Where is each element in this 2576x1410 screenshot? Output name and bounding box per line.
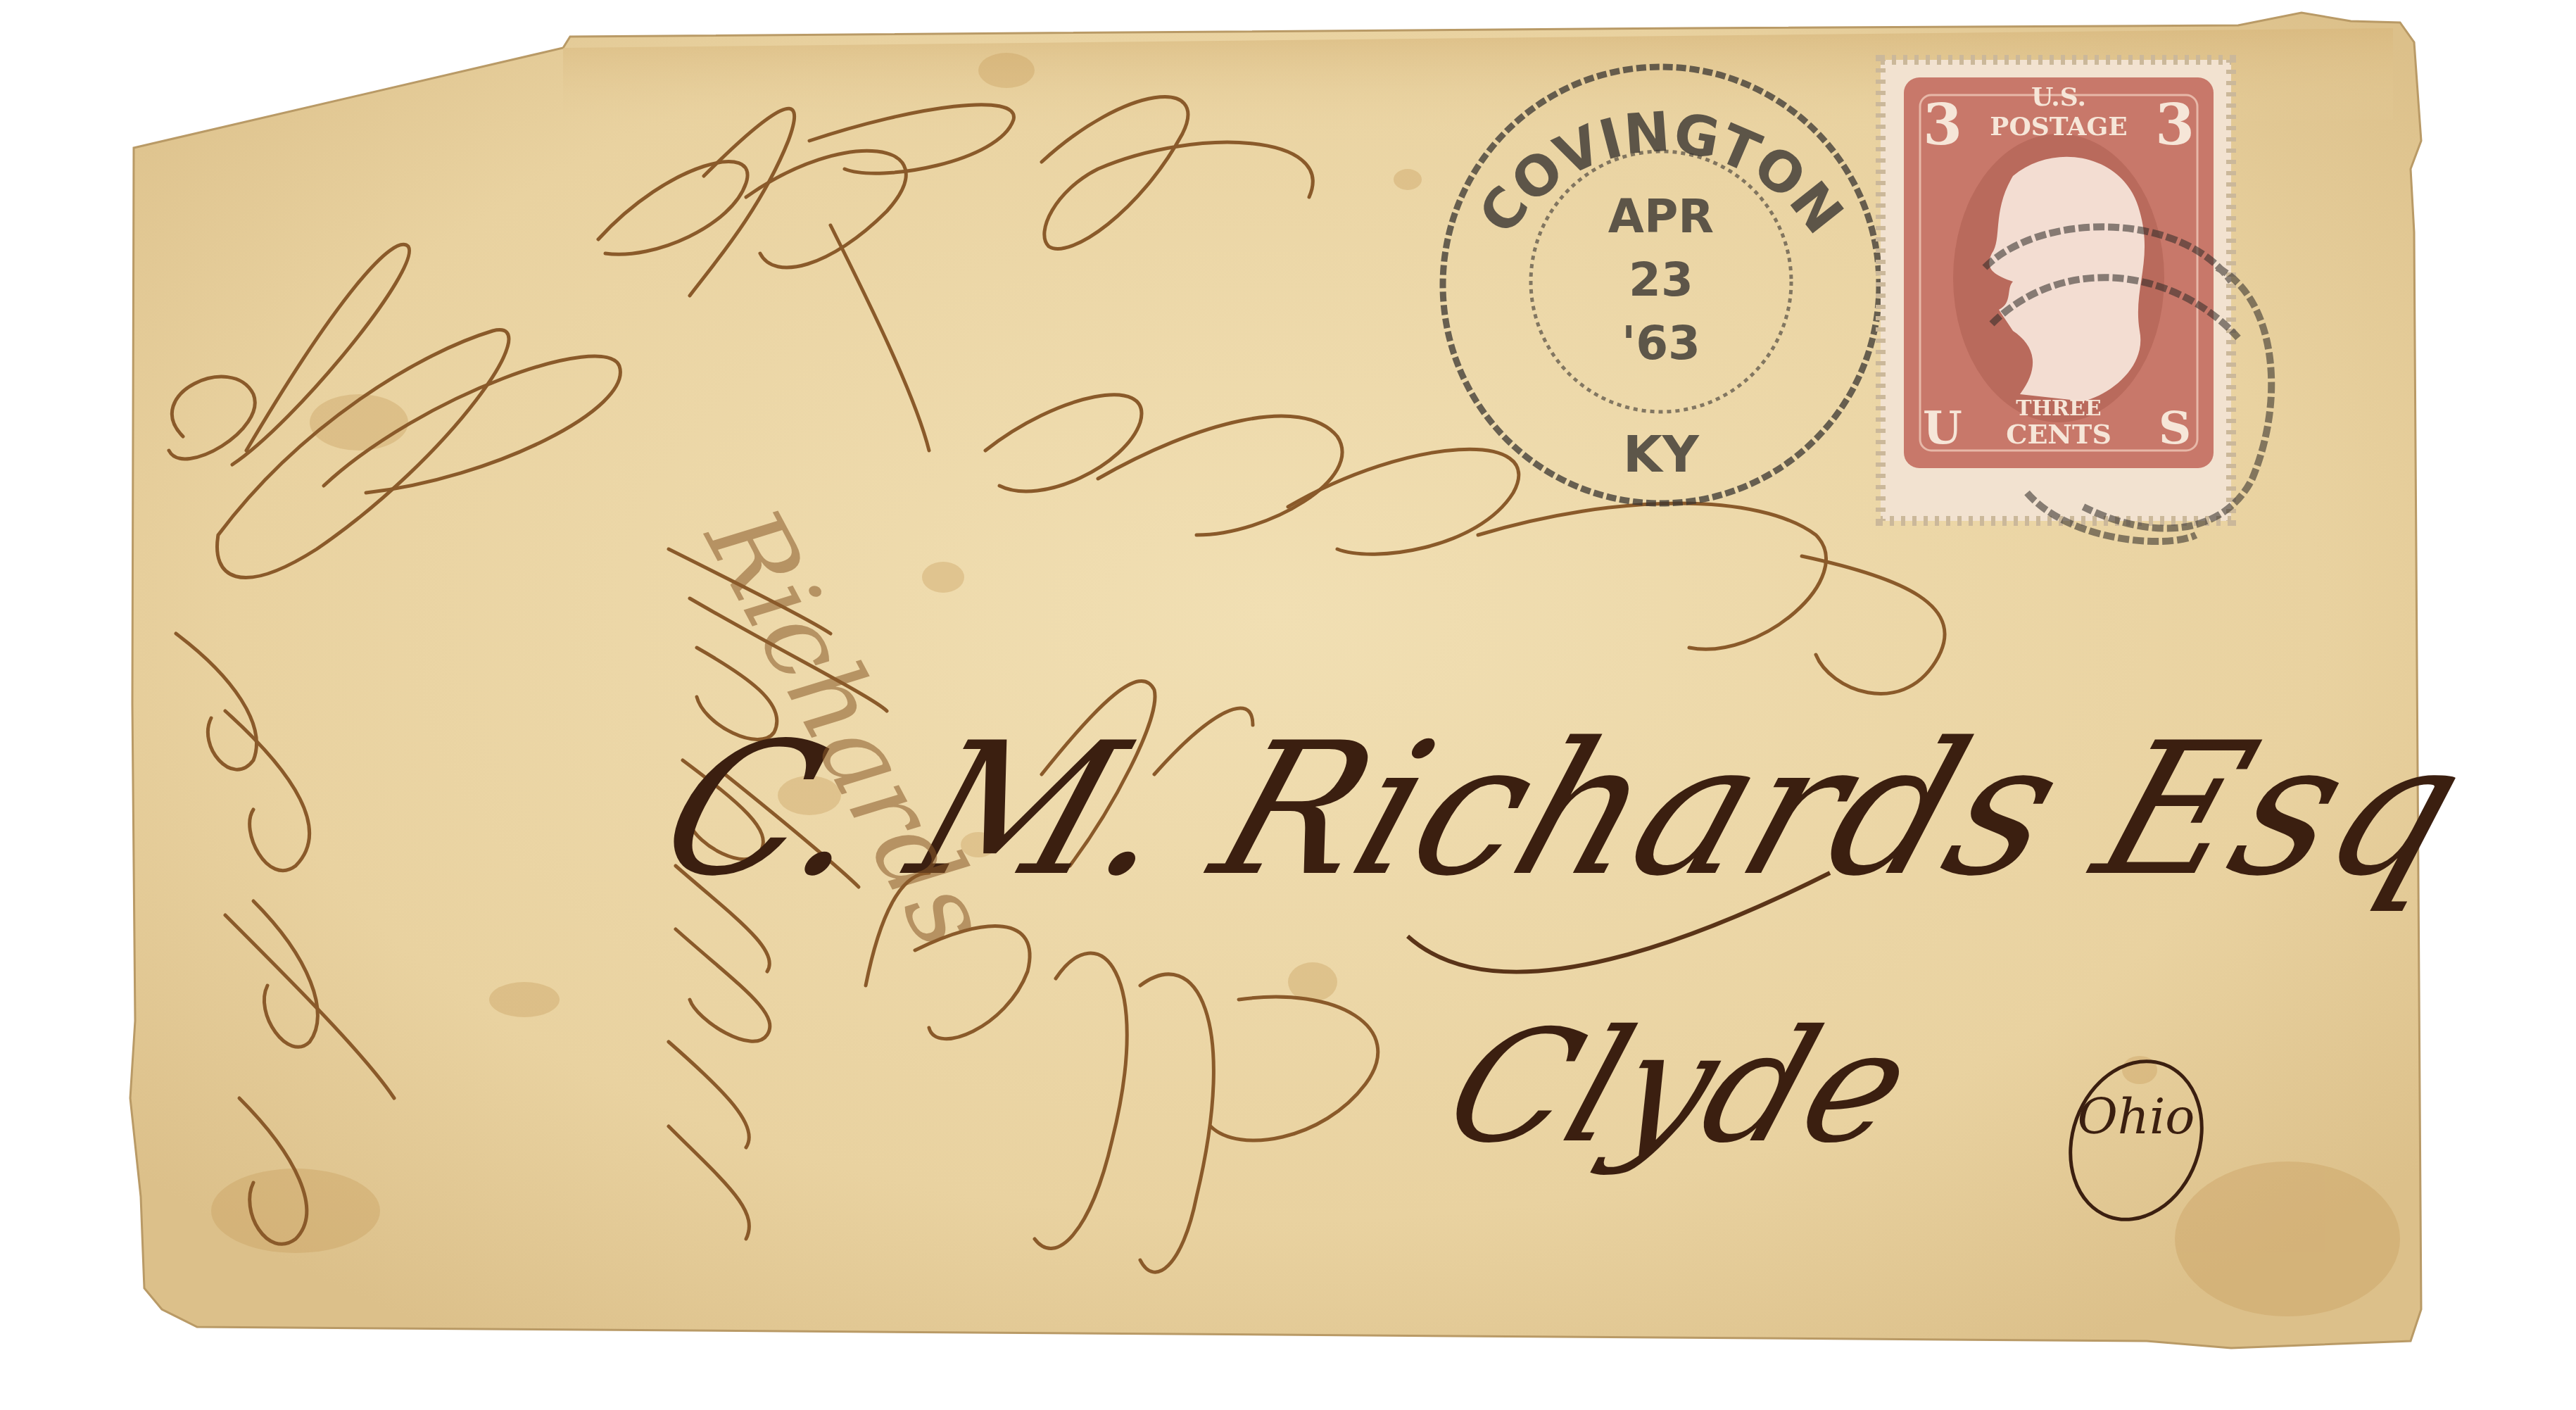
postmark-day: 23 <box>1629 253 1693 307</box>
stamp-denomination-right: 3 <box>2155 92 2195 158</box>
stamp-corner-left: U <box>1923 402 1962 455</box>
stamp-title: POSTAGE <box>1990 112 2127 141</box>
postage-stamp: U.S. POSTAGE 3 3 THREE CENTS U S <box>1881 60 2271 541</box>
address-state: Ohio <box>2077 1088 2195 1145</box>
postmark-month: APR <box>1608 189 1714 244</box>
address-city-line: Clyde <box>1427 997 1931 1177</box>
stamp-country: U.S. <box>2031 82 2086 112</box>
stamp-value-text: THREE <box>2016 396 2101 421</box>
postmark-year: '63 <box>1622 316 1700 370</box>
stamp-corner-right: S <box>2159 402 2191 455</box>
postmark-state: KY <box>1623 424 1700 484</box>
stamp-unit-text: CENTS <box>2006 418 2111 450</box>
postal-cover-scene: COVINGTON KY APR 23 '63 U.S. POSTAGE 3 3… <box>0 0 2576 1410</box>
stamp-denomination-left: 3 <box>1923 92 1962 158</box>
